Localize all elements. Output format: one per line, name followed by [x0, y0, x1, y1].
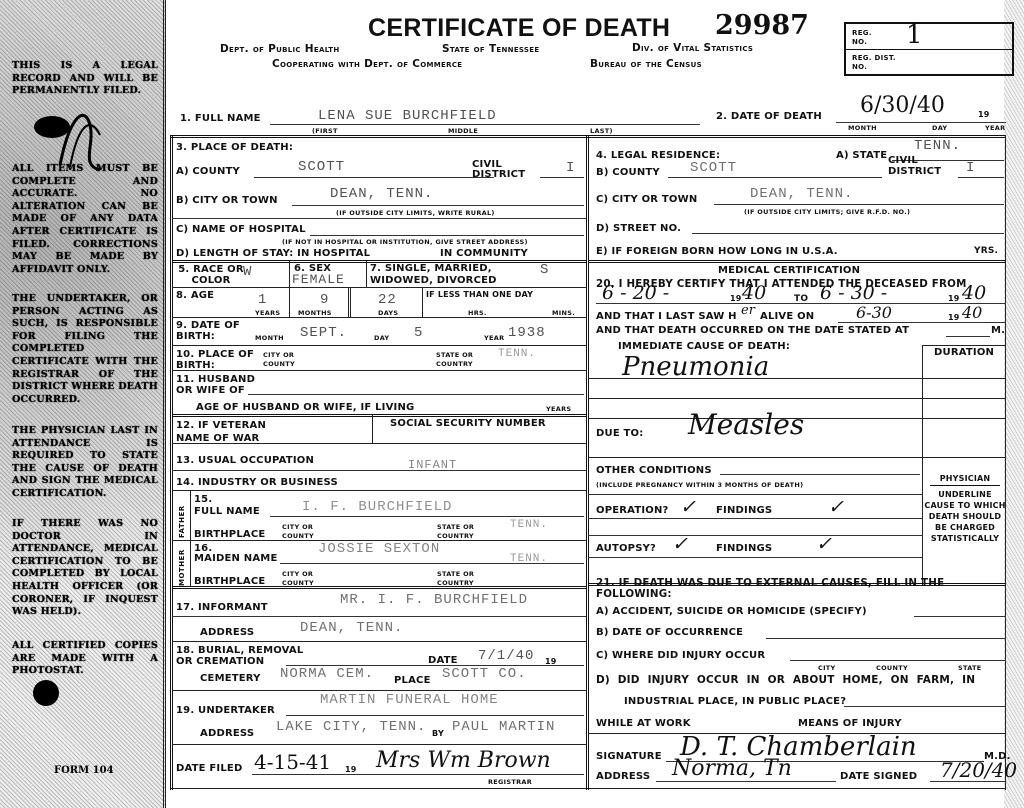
foreign-born-label: E) IF FOREIGN BORN HOW LONG IN U.S.A.: [596, 246, 838, 257]
attended-from-value[interactable]: 6 - 20 -: [602, 282, 669, 304]
death-city-label: B) CITY OR TOWN: [176, 195, 278, 206]
injury-county-sublabel: COUNTY: [876, 664, 908, 672]
autopsy-value[interactable]: ✓: [672, 533, 688, 555]
street-no-label: D) STREET NO.: [596, 223, 681, 234]
legal-record-note: This is a legal record and will be perma…: [12, 60, 158, 98]
cemetery-label: CEMETERY: [200, 673, 261, 684]
date-signed-label: DATE SIGNED: [840, 771, 917, 782]
months-sublabel: MONTHS: [298, 309, 332, 317]
bureau-label: Bureau of the Census: [590, 58, 702, 70]
industry-label: 14. INDUSTRY OR BUSINESS: [176, 477, 338, 488]
death-civil-district-value[interactable]: I: [566, 160, 575, 176]
birth-state-label: STATE OR COUNTRY: [436, 351, 482, 369]
informant-value[interactable]: MR. I. F. BURCHFIELD: [340, 592, 528, 608]
ssn-label: SOCIAL SECURITY NUMBER: [390, 418, 546, 429]
registration-box: REG. NO. 1 REG. DIST. NO.: [844, 22, 1014, 76]
informant-label: 17. INFORMANT: [176, 602, 268, 613]
residence-city-hint: (IF OUTSIDE CITY LIMITS; GIVE R.F.D. NO.…: [744, 208, 910, 216]
residence-county-label: B) COUNTY: [596, 167, 660, 178]
attended-from-year[interactable]: 40: [742, 282, 766, 304]
spouse-age-label: AGE OF HUSBAND OR WIFE, IF LIVING: [196, 402, 414, 413]
last-saw-pronoun[interactable]: er: [741, 303, 755, 318]
residence-state-label: A) STATE: [836, 150, 887, 161]
residence-state-value[interactable]: TENN.: [914, 138, 961, 154]
residence-county-value[interactable]: SCOTT: [690, 160, 737, 176]
instructions-sidebar: This is a legal record and will be perma…: [0, 0, 166, 808]
last-saw-year-value[interactable]: 40: [962, 303, 982, 322]
due-to-value[interactable]: Measles: [688, 408, 804, 441]
alive-on-label: ALIVE ON: [760, 311, 814, 322]
month-sublabel: MONTH: [848, 124, 877, 132]
division-label: Div. of Vital Statistics: [632, 42, 753, 54]
hrs-sublabel: HRS.: [468, 309, 487, 317]
operation-findings-value[interactable]: ✓: [828, 496, 844, 518]
death-city-hint: (IF OUTSIDE CITY LIMITS, WRITE RURAL): [336, 209, 495, 217]
date-filed-value[interactable]: 4-15-41: [254, 750, 331, 774]
operation-value[interactable]: ✓: [680, 496, 696, 518]
physician-address-value[interactable]: Norma, Tn: [672, 756, 792, 781]
signature-label: SIGNATURE: [596, 751, 662, 762]
injury-state-sublabel: STATE: [958, 664, 982, 672]
full-name-label: 1. FULL NAME: [180, 113, 261, 124]
time-m-label: M.: [991, 325, 1005, 336]
injury-city-sublabel: CITY: [818, 664, 836, 672]
day-sublabel: DAY: [932, 124, 947, 132]
last-saw-year-prefix: 19: [948, 313, 960, 322]
medical-certification-heading: MEDICAL CERTIFICATION: [718, 265, 860, 276]
death-city-value[interactable]: DEAN, TENN.: [330, 186, 433, 202]
death-county-label: A) COUNTY: [176, 166, 240, 177]
physician-underline-note: UNDERLINE CAUSE TO WHICH DEATH SHOULD BE…: [924, 489, 1006, 544]
autopsy-findings-value[interactable]: ✓: [816, 533, 832, 555]
reg-no-value[interactable]: 1: [906, 20, 923, 50]
other-conditions-label: OTHER CONDITIONS: [596, 465, 712, 476]
residence-city-label: C) CITY OR TOWN: [596, 194, 697, 205]
form-number: FORM 104: [54, 765, 114, 776]
father-name-label: FULL NAME: [194, 506, 260, 517]
means-of-injury-label: MEANS OF INJURY: [798, 718, 902, 729]
undertaker-note: The undertaker, or person acting as such…: [12, 293, 158, 406]
undertaker-by-label: BY: [432, 729, 444, 738]
birth-day-label: DAY: [374, 334, 389, 342]
less-than-day-label: IF LESS THAN ONE DAY: [426, 290, 533, 299]
birth-state-value[interactable]: TENN.: [498, 348, 536, 360]
age-years-value[interactable]: 1: [258, 292, 267, 308]
age-days-value[interactable]: 22: [378, 292, 397, 308]
other-conditions-hint: (INCLUDE PREGNANCY WITHIN 3 MONTHS OF DE…: [596, 481, 803, 489]
birth-day-value[interactable]: 5: [414, 325, 423, 341]
last-saw-date-value[interactable]: 6-30: [856, 303, 892, 322]
attended-to-year[interactable]: 40: [962, 282, 986, 304]
operation-label: OPERATION?: [596, 505, 669, 516]
burial-place-label: PLACE: [394, 675, 431, 686]
date-signed-value[interactable]: 7/20/40: [940, 758, 1017, 782]
father-state-label: STATE OR COUNTRY: [437, 523, 487, 541]
date-of-occurrence-label: B) DATE OF OCCURRENCE: [596, 627, 743, 638]
first-sublabel: (FIRST: [312, 127, 338, 135]
certificate-number: 29987: [715, 10, 809, 41]
marital-status-label: 7. SINGLE, MARRIED, WIDOWED, DIVORCED: [370, 263, 530, 287]
residence-civil-district-label: CIVIL DISTRICT: [888, 155, 958, 177]
operation-findings-label: FINDINGS: [716, 505, 772, 516]
scan-edge: [1004, 0, 1024, 808]
last-saw-label: AND THAT I LAST SAW H: [596, 311, 737, 322]
years-sublabel: YEARS: [255, 309, 280, 317]
punch-hole: [33, 680, 59, 706]
burial-date-label: DATE: [428, 655, 458, 666]
physician-address-label: ADDRESS: [596, 771, 650, 782]
birth-month-value[interactable]: SEPT.: [300, 325, 347, 341]
date-of-death-label: 2. DATE OF DEATH: [716, 111, 822, 122]
attended-to-value[interactable]: 6 - 30 -: [820, 282, 887, 304]
in-community-label: IN COMMUNITY: [440, 248, 528, 259]
undertaker-by-value[interactable]: PAUL MARTIN: [452, 719, 555, 735]
cooperating-label: Cooperating with Dept. of Commerce: [272, 58, 462, 70]
undertaker-address-value[interactable]: LAKE CITY, TENN.: [276, 719, 426, 735]
father-birthplace-label: BIRTHPLACE: [194, 529, 265, 540]
hospital-label: C) NAME OF HOSPITAL: [176, 224, 306, 235]
state-label: State of Tennessee: [442, 43, 539, 55]
father-side-label: FATHER: [178, 505, 186, 538]
external-causes-label: 21. IF DEATH WAS DUE TO EXTERNAL CAUSES,…: [596, 578, 1006, 600]
place-of-birth-label: 10. PLACE OF BIRTH:: [176, 349, 256, 371]
physician-note-title: PHYSICIAN: [930, 474, 1000, 486]
duration-label: DURATION: [934, 347, 994, 358]
year-sublabel: YEAR: [985, 124, 1005, 132]
race-value[interactable]: W: [243, 264, 252, 280]
attended-to-label: TO: [794, 294, 808, 304]
accident-type-label: A) ACCIDENT, SUICIDE OR HOMICIDE (SPECIF…: [596, 606, 867, 617]
alteration-note: All items must be complete and accurate.…: [12, 163, 158, 276]
dept-public-health: Dept. of Public Health: [220, 43, 340, 55]
registrar-label: REGISTRAR: [488, 778, 532, 786]
father-city-label: CITY OR COUNTY: [282, 523, 322, 541]
burial-place-value[interactable]: SCOTT CO.: [442, 666, 527, 682]
mother-name-label: MAIDEN NAME: [194, 553, 277, 564]
death-occurred-label: AND THAT DEATH OCCURRED ON THE DATE STAT…: [596, 325, 909, 336]
father-name-value[interactable]: I. F. BURCHFIELD: [302, 499, 452, 515]
father-state-value[interactable]: TENN.: [510, 519, 548, 531]
to-year-prefix: 19: [948, 294, 960, 303]
date-of-death-value[interactable]: 6/30/40: [860, 93, 945, 118]
father-item-number: 15.: [194, 494, 212, 505]
veteran-label: 12. IF VETERAN NAME OF WAR: [176, 419, 286, 445]
certificate-title: CERTIFICATE OF DEATH: [368, 14, 670, 43]
immediate-cause-label: IMMEDIATE CAUSE OF DEATH:: [618, 341, 790, 352]
residence-city-value[interactable]: DEAN, TENN.: [750, 186, 853, 202]
injury-place-label: D) DID INJURY OCCUR IN OR ABOUT HOME, ON…: [596, 674, 975, 686]
spouse-age-years-label: YEARS: [546, 405, 571, 413]
marital-status-value[interactable]: S: [540, 262, 549, 278]
death-county-value[interactable]: SCOTT: [298, 159, 345, 175]
reg-dist-label: REG. DIST. NO.: [852, 54, 902, 72]
undertaker-address-label: ADDRESS: [200, 728, 254, 739]
birth-month-label: MONTH: [255, 334, 284, 342]
burial-year-prefix: 19: [545, 657, 557, 666]
informant-address-label: ADDRESS: [200, 627, 254, 638]
spouse-label: 11. HUSBAND OR WIFE OF: [176, 374, 266, 396]
informant-address-value[interactable]: DEAN, TENN.: [300, 620, 403, 636]
date-of-death-year-prefix: 19: [978, 110, 990, 119]
injury-location-label: C) WHERE DID INJURY OCCUR: [596, 650, 765, 661]
middle-sublabel: MIDDLE: [448, 127, 478, 135]
length-of-stay-label: D) LENGTH OF STAY: IN HOSPITAL: [176, 248, 370, 259]
date-of-birth-label: 9. DATE OF BIRTH:: [176, 320, 250, 342]
mother-maiden-name-value[interactable]: JOSSIE SEXTON: [318, 541, 440, 557]
undertaker-label: 19. UNDERTAKER: [176, 705, 275, 716]
birth-year-label: YEAR: [484, 334, 504, 342]
date-filed-year-prefix: 19: [345, 765, 357, 774]
registrar-signature[interactable]: Mrs Wm Brown: [376, 748, 551, 773]
mother-side-label: MOTHER: [178, 549, 186, 586]
autopsy-findings-label: FINDINGS: [716, 543, 772, 554]
no-doctor-note: If there was no doctor in attendance, me…: [12, 518, 158, 619]
date-filed-label: DATE FILED: [176, 763, 242, 774]
race-label: 5. RACE OR COLOR: [176, 264, 246, 286]
cemetery-value[interactable]: NORMA CEM.: [280, 666, 374, 682]
foreign-born-years-label: YRS.: [974, 246, 998, 256]
days-sublabel: DAYS: [378, 309, 398, 317]
residence-civil-district-value[interactable]: I: [966, 160, 975, 176]
reg-no-label: REG. NO.: [852, 29, 880, 47]
mins-sublabel: MINS.: [552, 309, 575, 317]
autopsy-label: AUTOPSY?: [596, 543, 656, 554]
injury-place-label-2: INDUSTRIAL PLACE, IN PUBLIC PLACE?: [624, 696, 846, 707]
mother-state-value[interactable]: TENN.: [510, 553, 548, 565]
age-label: 8. AGE: [176, 290, 214, 301]
last-sublabel: LAST): [590, 127, 613, 135]
birth-city-label: CITY OR COUNTY: [263, 351, 303, 369]
burial-label: 18. BURIAL, REMOVAL OR CREMATION: [176, 645, 316, 667]
due-to-label: DUE TO:: [596, 428, 643, 439]
physician-note: The physician last in attendance is requ…: [12, 425, 158, 501]
birth-year-value[interactable]: 1938: [508, 325, 546, 341]
hospital-hint: (IF NOT IN HOSPITAL OR INSTITUTION, GIVE…: [282, 238, 528, 246]
photostat-note: All certified copies are made with a pho…: [12, 640, 158, 678]
full-name-value[interactable]: LENA SUE BURCHFIELD: [318, 108, 497, 124]
place-of-death-label: 3. PLACE OF DEATH:: [176, 142, 293, 153]
sex-value[interactable]: FEMALE: [292, 272, 345, 287]
occupation-label: 13. USUAL OCCUPATION: [176, 455, 314, 466]
burial-date-value[interactable]: 7/1/40: [478, 648, 534, 664]
undertaker-value[interactable]: MARTIN FUNERAL HOME: [320, 692, 499, 708]
from-year-prefix: 19: [730, 294, 742, 303]
while-at-work-label: WHILE AT WORK: [596, 718, 691, 729]
age-months-value[interactable]: 9: [320, 292, 329, 308]
